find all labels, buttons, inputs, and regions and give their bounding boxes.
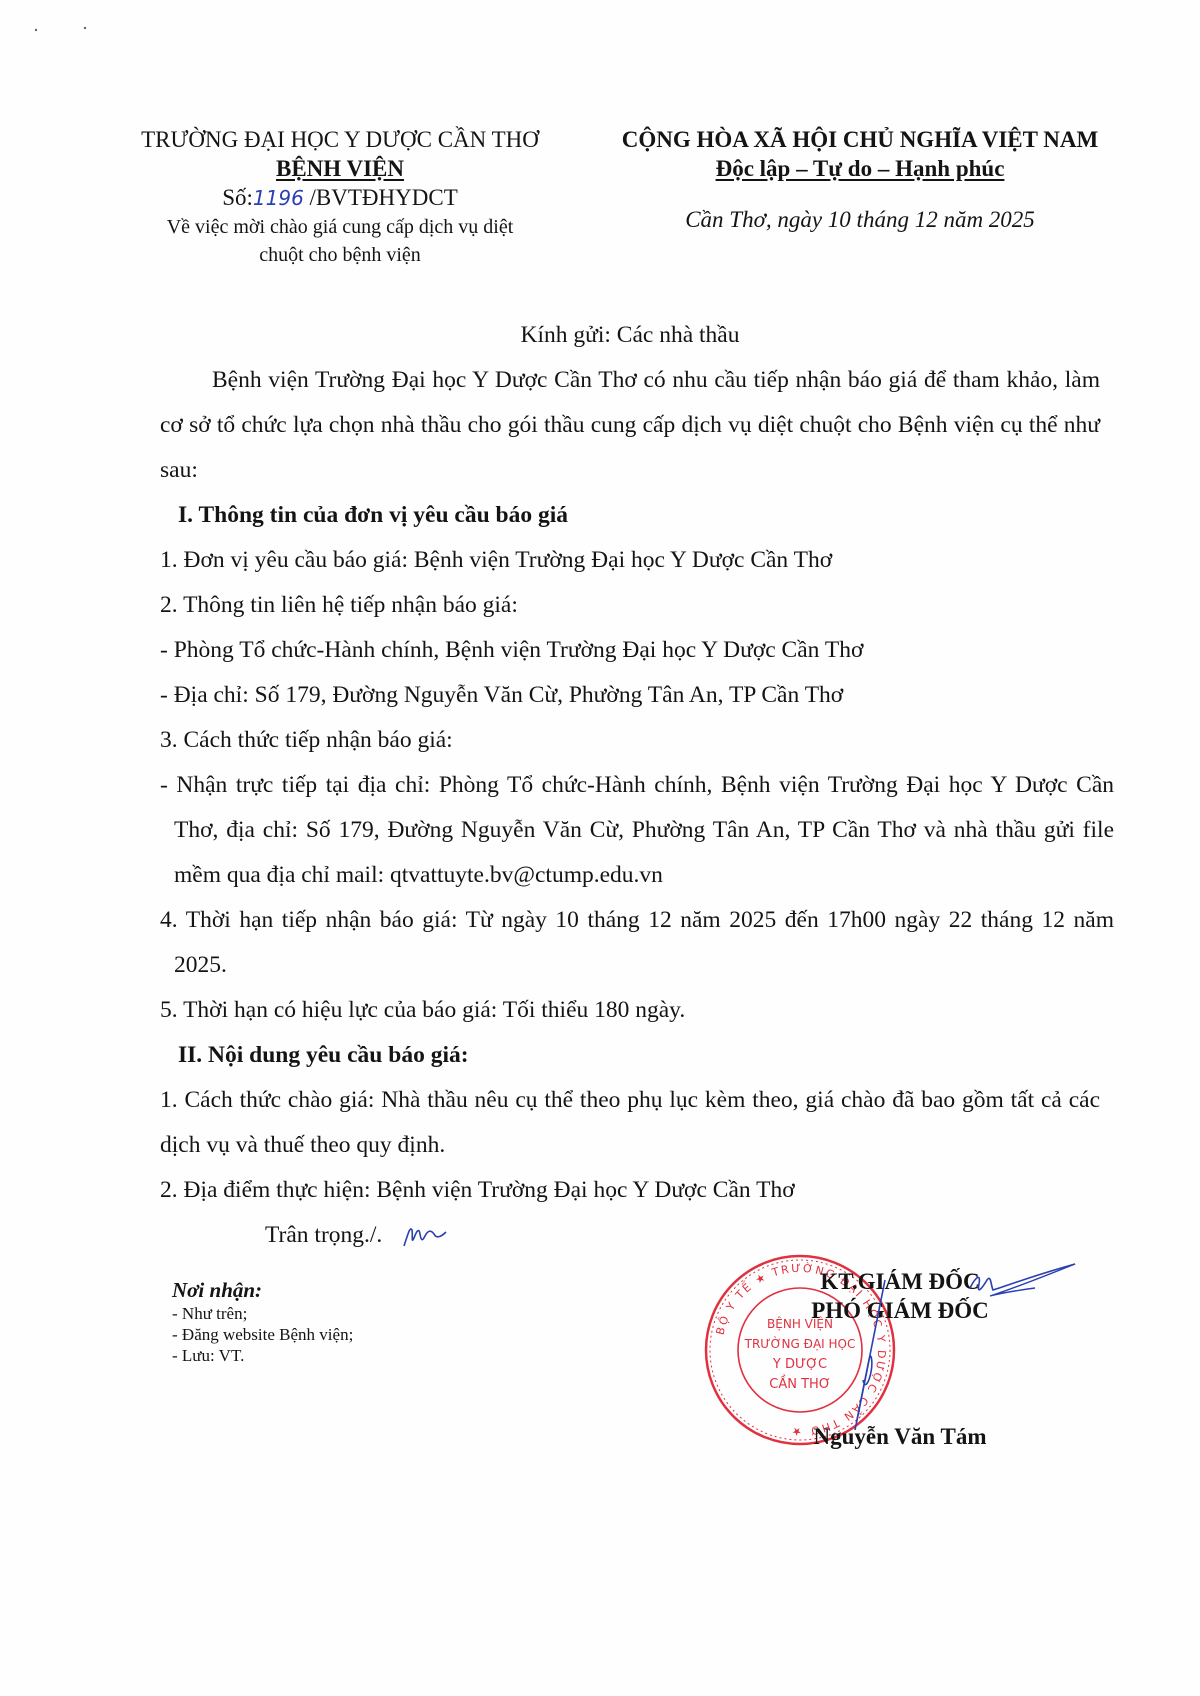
intro-paragraph: Bệnh viện Trường Đại học Y Dược Cần Thơ … <box>160 358 1100 493</box>
number-suffix: /BVTĐHYDCT <box>304 185 458 210</box>
recipients-block: Nơi nhận: - Như trên; - Đăng website Bện… <box>172 1277 532 1366</box>
salutation: Kính gửi: Các nhà thầu <box>160 313 1100 358</box>
s1-item-3a: - Nhận trực tiếp tại địa chỉ: Phòng Tổ c… <box>160 763 1114 898</box>
org-name: BỆNH VIỆN <box>100 154 580 183</box>
s2-item-2: 2. Địa điểm thực hiện: Bệnh viện Trường … <box>160 1168 1100 1213</box>
s1-item-2a: - Phòng Tổ chức-Hành chính, Bệnh viện Tr… <box>160 628 1100 673</box>
s1-item-5: 5. Thời hạn có hiệu lực của báo giá: Tối… <box>160 988 1100 1033</box>
s1-item-2: 2. Thông tin liên hệ tiếp nhận báo giá: <box>160 583 1100 628</box>
recipient-item: - Đăng website Bệnh viện; <box>172 1324 532 1345</box>
header-left: TRƯỜNG ĐẠI HỌC Y DƯỢC CẦN THƠ BỆNH VIỆN … <box>100 125 580 269</box>
s1-item-2b: - Địa chỉ: Số 179, Đường Nguyễn Văn Cừ, … <box>160 673 1100 718</box>
s2-item-1: 1. Cách thức chào giá: Nhà thầu nêu cụ t… <box>160 1078 1100 1168</box>
closing: Trân trọng./. <box>265 1213 382 1258</box>
subject-line-2: chuột cho bệnh viện <box>100 241 580 269</box>
recipients-title: Nơi nhận: <box>172 1277 532 1303</box>
s1-item-1: 1. Đơn vị yêu cầu báo giá: Bệnh viện Trư… <box>160 538 1100 583</box>
handwritten-number: 1196 <box>253 186 304 210</box>
document-number: Số:1196 /BVTĐHYDCT <box>100 183 580 213</box>
national-motto: Độc lập – Tự do – Hạnh phúc <box>580 154 1140 183</box>
s1-item-3: 3. Cách thức tiếp nhận báo giá: <box>160 718 1100 763</box>
place-date: Cần Thơ, ngày 10 tháng 12 năm 2025 <box>580 205 1140 235</box>
section-2-heading: II. Nội dung yêu cầu báo giá: <box>178 1033 1118 1078</box>
national-title: CỘNG HÒA XÃ HỘI CHỦ NGHĨA VIỆT NAM <box>580 125 1140 154</box>
document-page: TRƯỜNG ĐẠI HỌC Y DƯỢC CẦN THƠ BỆNH VIỆN … <box>0 0 1200 1696</box>
header-right: CỘNG HÒA XÃ HỘI CHỦ NGHĨA VIỆT NAM Độc l… <box>580 125 1140 235</box>
scan-speck-marks <box>30 20 110 40</box>
number-prefix: Số: <box>222 185 253 210</box>
handwritten-initial <box>400 1220 450 1250</box>
s1-item-4: 4. Thời hạn tiếp nhận báo giá: Từ ngày 1… <box>160 898 1114 988</box>
subject-line-1: Về việc mời chào giá cung cấp dịch vụ di… <box>100 213 580 241</box>
recipient-item: - Như trên; <box>172 1303 532 1324</box>
handwritten-signature <box>735 1250 1095 1450</box>
section-1-heading: I. Thông tin của đơn vị yêu cầu báo giá <box>178 493 1118 538</box>
org-parent: TRƯỜNG ĐẠI HỌC Y DƯỢC CẦN THƠ <box>100 125 580 154</box>
recipient-item: - Lưu: VT. <box>172 1345 532 1366</box>
